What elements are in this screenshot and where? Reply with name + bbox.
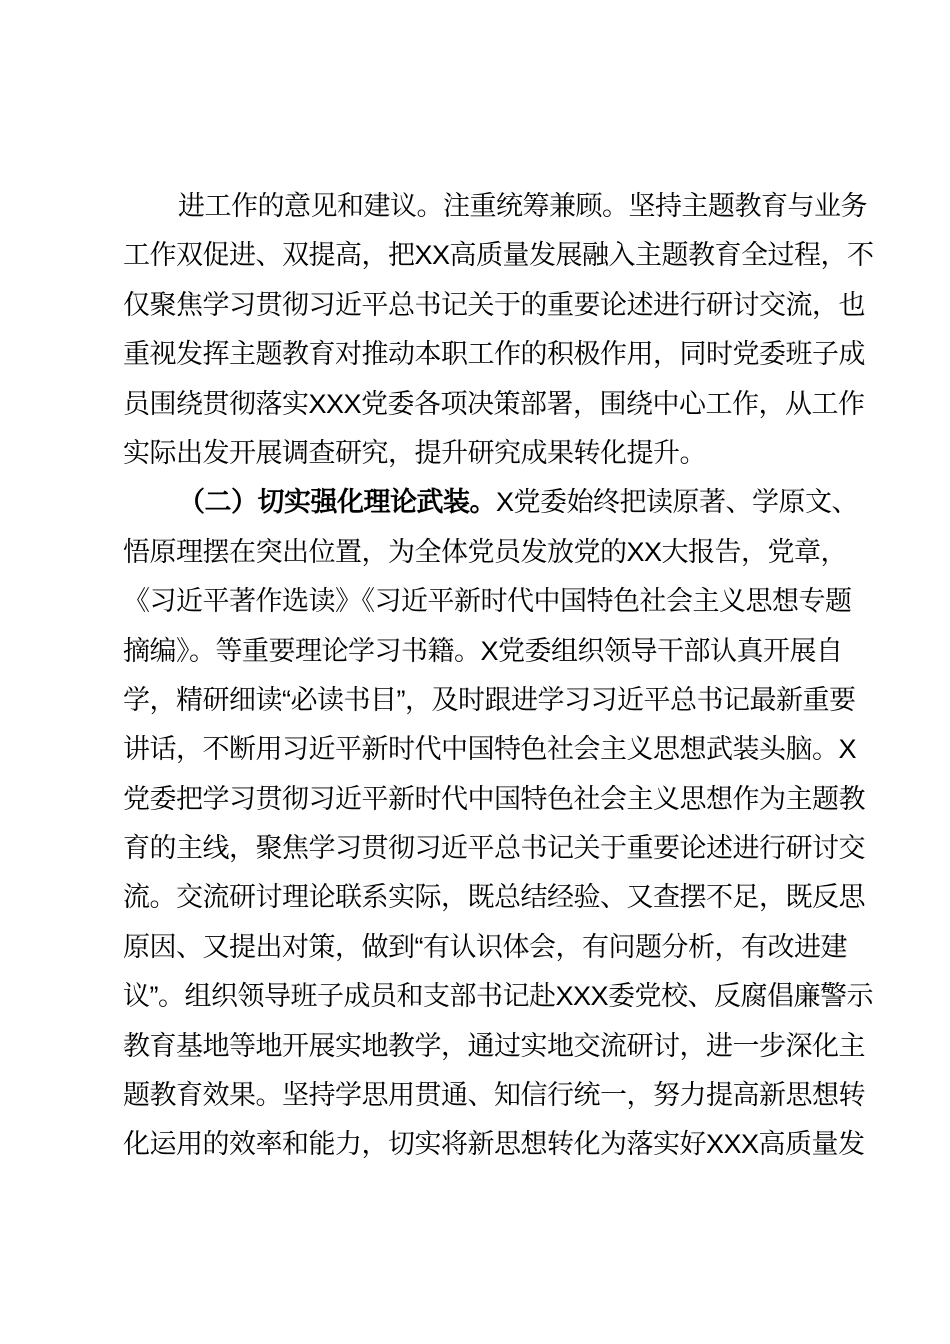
text-run: 育的主线，聚焦学习贯彻习近平总书记关于重要论述进行研讨交: [123, 833, 865, 863]
text-run: 议”。组织领导班子成员和支部书记赴XXX委党校、反腐倡廉警示: [123, 981, 873, 1011]
text-line: 讲话，不断用习近平新时代中国特色社会主义思想武装头脑。X: [123, 725, 868, 774]
text-line: 员围绕贯彻落实XXX党委各项决策部署，围绕中心工作，从工作: [123, 380, 868, 429]
document-page: 进工作的意见和建议。注重统筹兼顾。坚持主题教育与业务工作双促进、双提高，把XX高…: [0, 0, 950, 1344]
text-line: （二）切实强化理论武装。X党委始终把读原著、学原文、: [123, 478, 868, 527]
text-run: 实际出发开展调查研究，提升研究成果转化提升。: [123, 438, 706, 468]
text-line: 原因、又提出对策，做到“有认识体会，有问题分析，有改进建: [123, 923, 868, 972]
text-run: 原因、又提出对策，做到“有认识体会，有问题分析，有改进建: [123, 932, 847, 962]
text-run: 员围绕贯彻落实XXX党委各项决策部署，围绕中心工作，从工作: [123, 389, 865, 419]
text-line: 党委把学习贯彻习近平新时代中国特色社会主义思想作为主题教: [123, 775, 868, 824]
text-run: X党委始终把读原著、学原文、: [496, 487, 858, 517]
text-line: 工作双促进、双提高，把XX高质量发展融入主题教育全过程，不: [123, 231, 868, 280]
text-run: 化运用的效率和能力，切实将新思想转化为落实好XXX高质量发: [123, 1129, 865, 1159]
text-line: 教育基地等地开展实地教学，通过实地交流研讨，进一步深化主: [123, 1022, 868, 1071]
text-run: 学，精研细读“必读书目”，及时跟进学习习近平总书记最新重要: [123, 685, 855, 715]
text-run: 党委把学习贯彻习近平新时代中国特色社会主义思想作为主题教: [123, 784, 865, 814]
text-line: 学，精研细读“必读书目”，及时跟进学习习近平总书记最新重要: [123, 676, 868, 725]
text-line: 流。交流研讨理论联系实际，既总结经验、又查摆不足，既反思: [123, 873, 868, 922]
section-heading: （二）切实强化理论武装。: [178, 487, 496, 517]
text-run: 讲话，不断用习近平新时代中国特色社会主义思想武装头脑。X: [123, 734, 856, 764]
text-run: 进工作的意见和建议。注重统筹兼顾。坚持主题教育与业务: [178, 191, 867, 221]
text-line: 化运用的效率和能力，切实将新思想转化为落实好XXX高质量发: [123, 1120, 868, 1169]
text-run: 悟原理摆在突出位置，为全体党员发放党的XX大报告，党章，: [123, 537, 847, 567]
text-line: 育的主线，聚焦学习贯彻习近平总书记关于重要论述进行研讨交: [123, 824, 868, 873]
text-run: 题教育效果。坚持学思用贯通、知信行统一，努力提高新思想转: [123, 1080, 865, 1110]
text-run: 工作双促进、双提高，把XX高质量发展融入主题教育全过程，不: [123, 240, 874, 270]
text-run: 仅聚焦学习贯彻习近平总书记关于的重要论述进行研讨交流，也: [123, 290, 865, 320]
text-run: 摘编》。等重要理论学习书籍。X党委组织领导干部认真开展自: [123, 636, 843, 666]
text-line: 重视发挥主题教育对推动本职工作的积极作用，同时党委班子成: [123, 330, 868, 379]
document-body: 进工作的意见和建议。注重统筹兼顾。坚持主题教育与业务工作双促进、双提高，把XX高…: [123, 182, 868, 1170]
text-line: 悟原理摆在突出位置，为全体党员发放党的XX大报告，党章，: [123, 528, 868, 577]
text-line: 进工作的意见和建议。注重统筹兼顾。坚持主题教育与业务: [123, 182, 868, 231]
text-run: 教育基地等地开展实地教学，通过实地交流研讨，进一步深化主: [123, 1031, 865, 1061]
text-run: 流。交流研讨理论联系实际，既总结经验、又查摆不足，既反思: [123, 882, 865, 912]
text-run: 重视发挥主题教育对推动本职工作的积极作用，同时党委班子成: [123, 339, 865, 369]
text-line: 实际出发开展调查研究，提升研究成果转化提升。: [123, 429, 868, 478]
text-line: 题教育效果。坚持学思用贯通、知信行统一，努力提高新思想转: [123, 1071, 868, 1120]
text-run: 《习近平著作选读》《习近平新时代中国特色社会主义思想专题: [123, 586, 852, 616]
text-line: 摘编》。等重要理论学习书籍。X党委组织领导干部认真开展自: [123, 627, 868, 676]
text-line: 议”。组织领导班子成员和支部书记赴XXX委党校、反腐倡廉警示: [123, 972, 868, 1021]
text-line: 《习近平著作选读》《习近平新时代中国特色社会主义思想专题: [123, 577, 868, 626]
text-line: 仅聚焦学习贯彻习近平总书记关于的重要论述进行研讨交流，也: [123, 281, 868, 330]
